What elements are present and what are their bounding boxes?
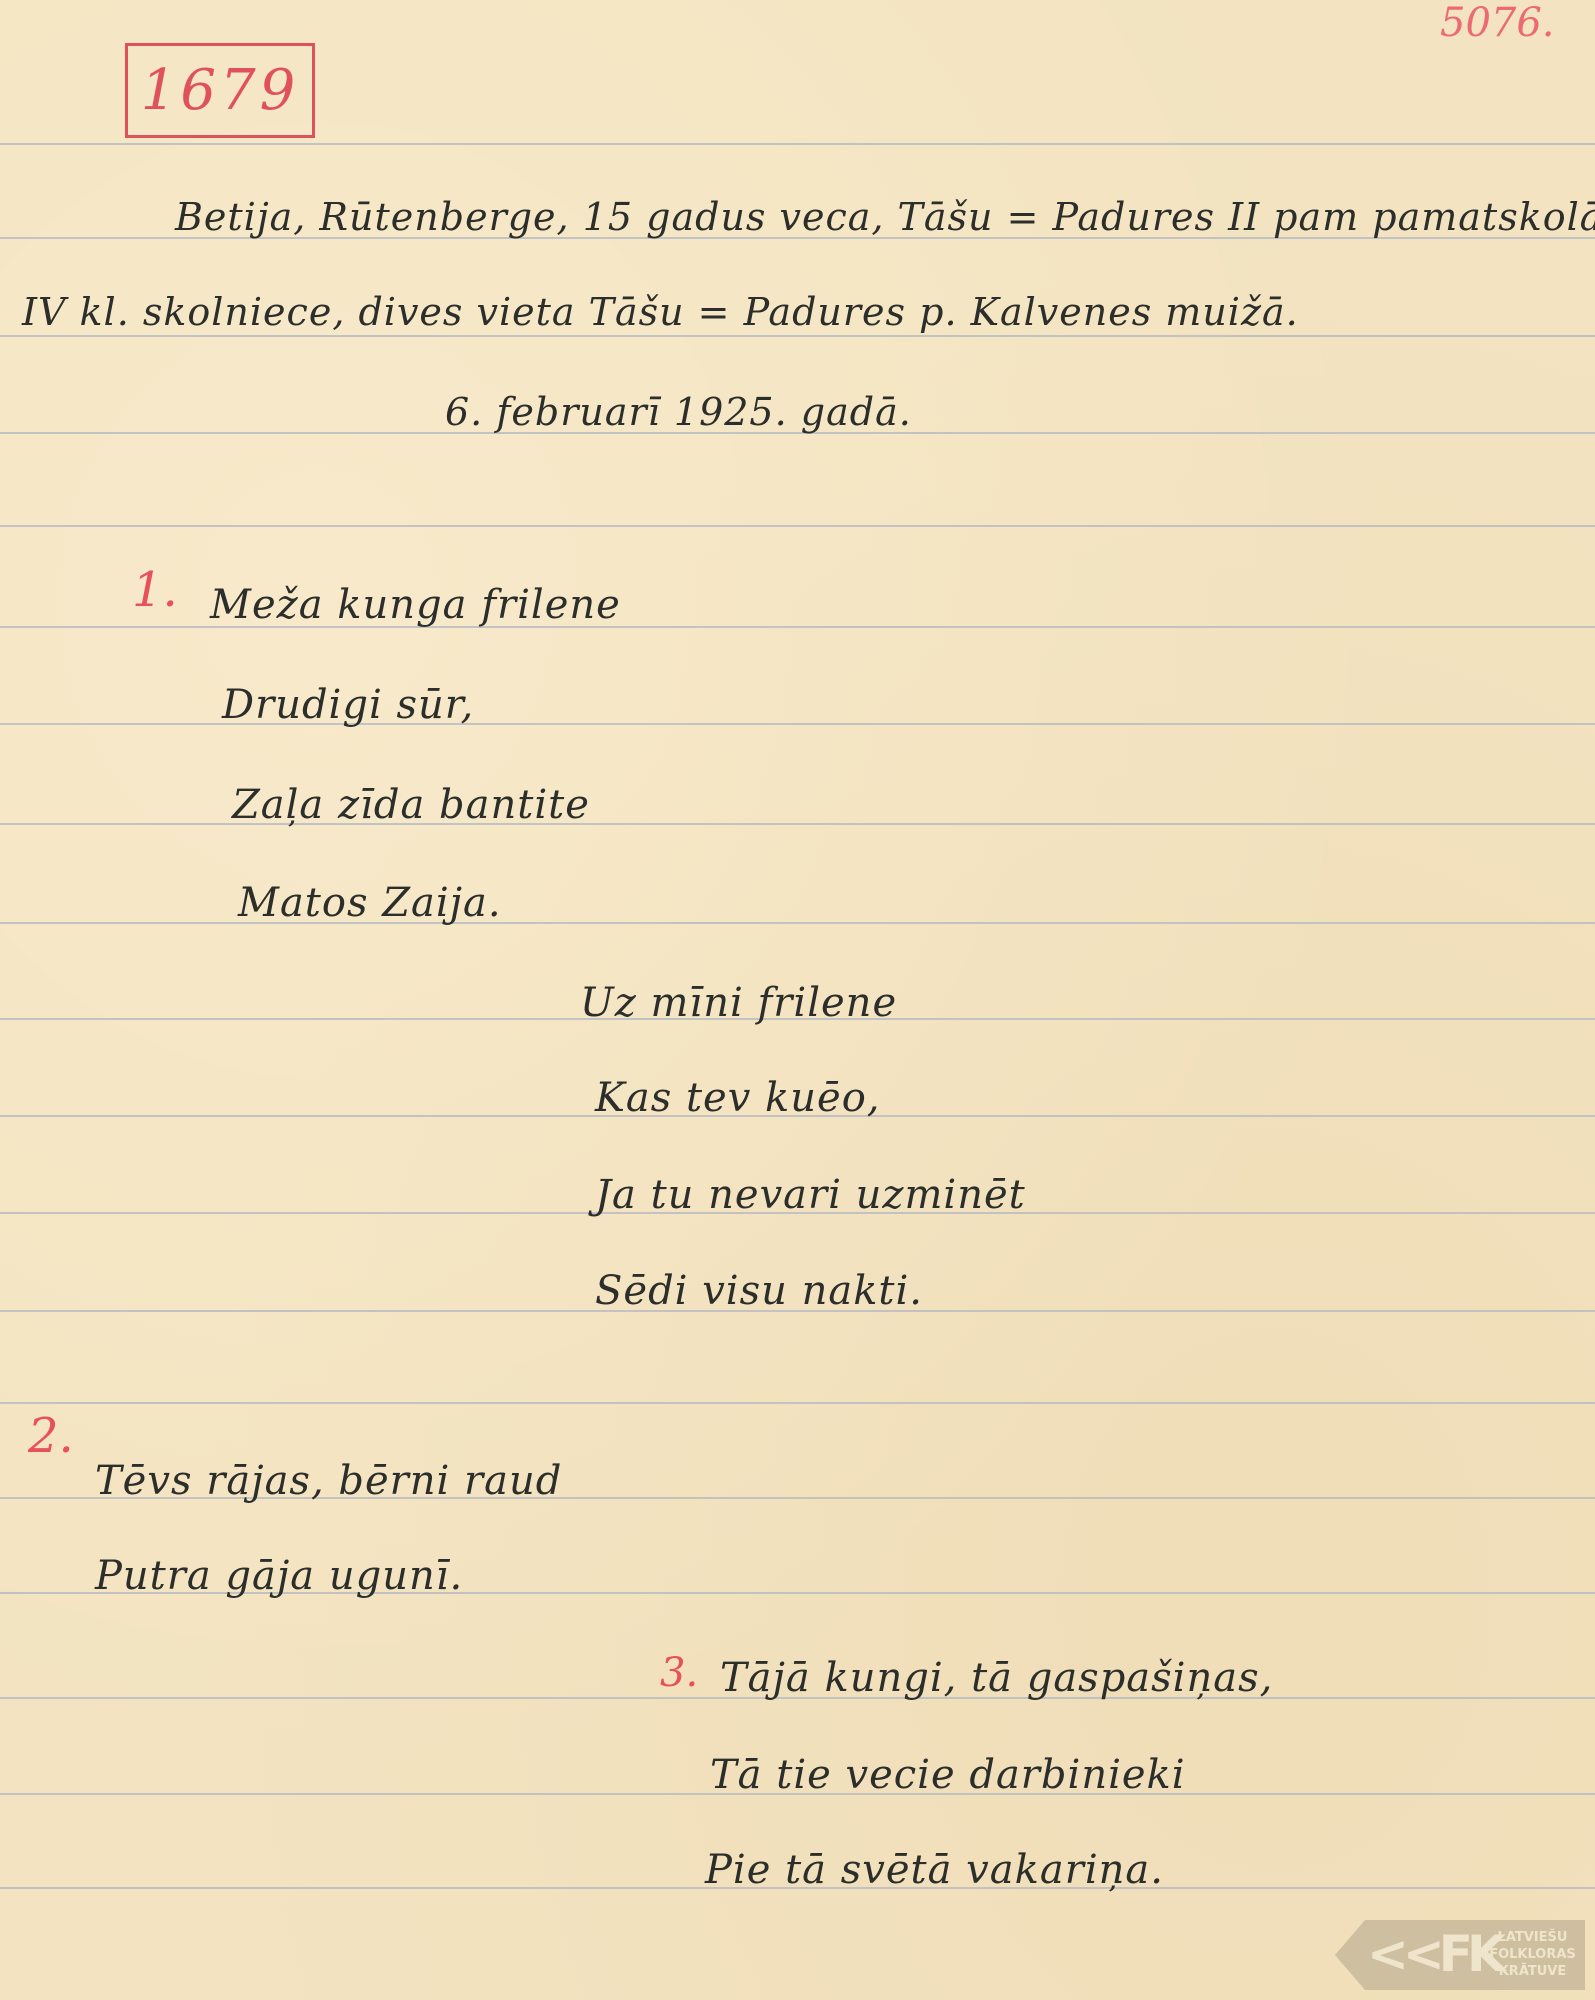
song-3-line-2: Tā tie vecie darbinieki — [710, 1752, 1186, 1798]
lfk-logo-icon: <<FK — [1367, 1926, 1500, 1982]
logo-text-line-3: KRĀTUVE — [1485, 1963, 1580, 1980]
header-date: 6. februarī 1925. gadā. — [445, 390, 912, 434]
song-number-3: 3. — [660, 1650, 698, 1696]
archive-number-box: 1679 — [125, 43, 315, 138]
page-number: 5076. — [1440, 0, 1555, 46]
header-informant-line: Betija, Rūtenberge, 15 gadus veca, Tāšu … — [175, 195, 1595, 239]
header-location-line: IV kl. skolniece, dives vieta Tāšu = Pad… — [22, 290, 1299, 334]
archive-logo: <<FK LATVIEŠU FOLKLORAS KRĀTUVE — [1335, 1920, 1585, 1990]
song-number-2: 2. — [28, 1408, 74, 1464]
song-2-line-2: Putra gāja ugunī. — [95, 1553, 463, 1599]
song-3-line-3: Pie tā svētā vakariņa. — [705, 1847, 1164, 1893]
song-number-1: 1. — [132, 562, 178, 618]
ruled-line — [0, 1402, 1595, 1404]
ruled-line — [0, 143, 1595, 145]
ruled-line — [0, 335, 1595, 337]
song-1-refrain-3: Ja tu nevari uzminēt — [595, 1172, 1026, 1218]
song-1-refrain-2: Kas tev kuēo, — [595, 1075, 881, 1121]
song-1-line-4: Matos Zaija. — [238, 880, 502, 926]
song-1-refrain-4: Sēdi visu nakti. — [595, 1268, 923, 1314]
song-1-line-2: Drudigi sūr, — [222, 682, 474, 728]
ruled-line — [0, 525, 1595, 527]
archive-number: 1679 — [141, 58, 300, 123]
song-1-refrain-1: Uz mīni frilene — [580, 980, 897, 1026]
logo-text-line-2: FOLKLORAS — [1485, 1946, 1580, 1963]
song-1-line-1: Meža kunga frilene — [210, 582, 621, 628]
song-1-line-3: Zaļa zīda bantite — [232, 782, 590, 828]
logo-text-line-1: LATVIEŠU — [1485, 1929, 1580, 1946]
song-2-line-1: Tēvs rājas, bērni raud — [95, 1458, 562, 1504]
manuscript-page: 1679 5076. Betija, Rūtenberge, 15 gadus … — [0, 0, 1595, 2000]
song-3-line-1: Tājā kungi, tā gaspašiņas, — [720, 1655, 1273, 1701]
logo-text: LATVIEŠU FOLKLORAS KRĀTUVE — [1485, 1929, 1580, 1980]
